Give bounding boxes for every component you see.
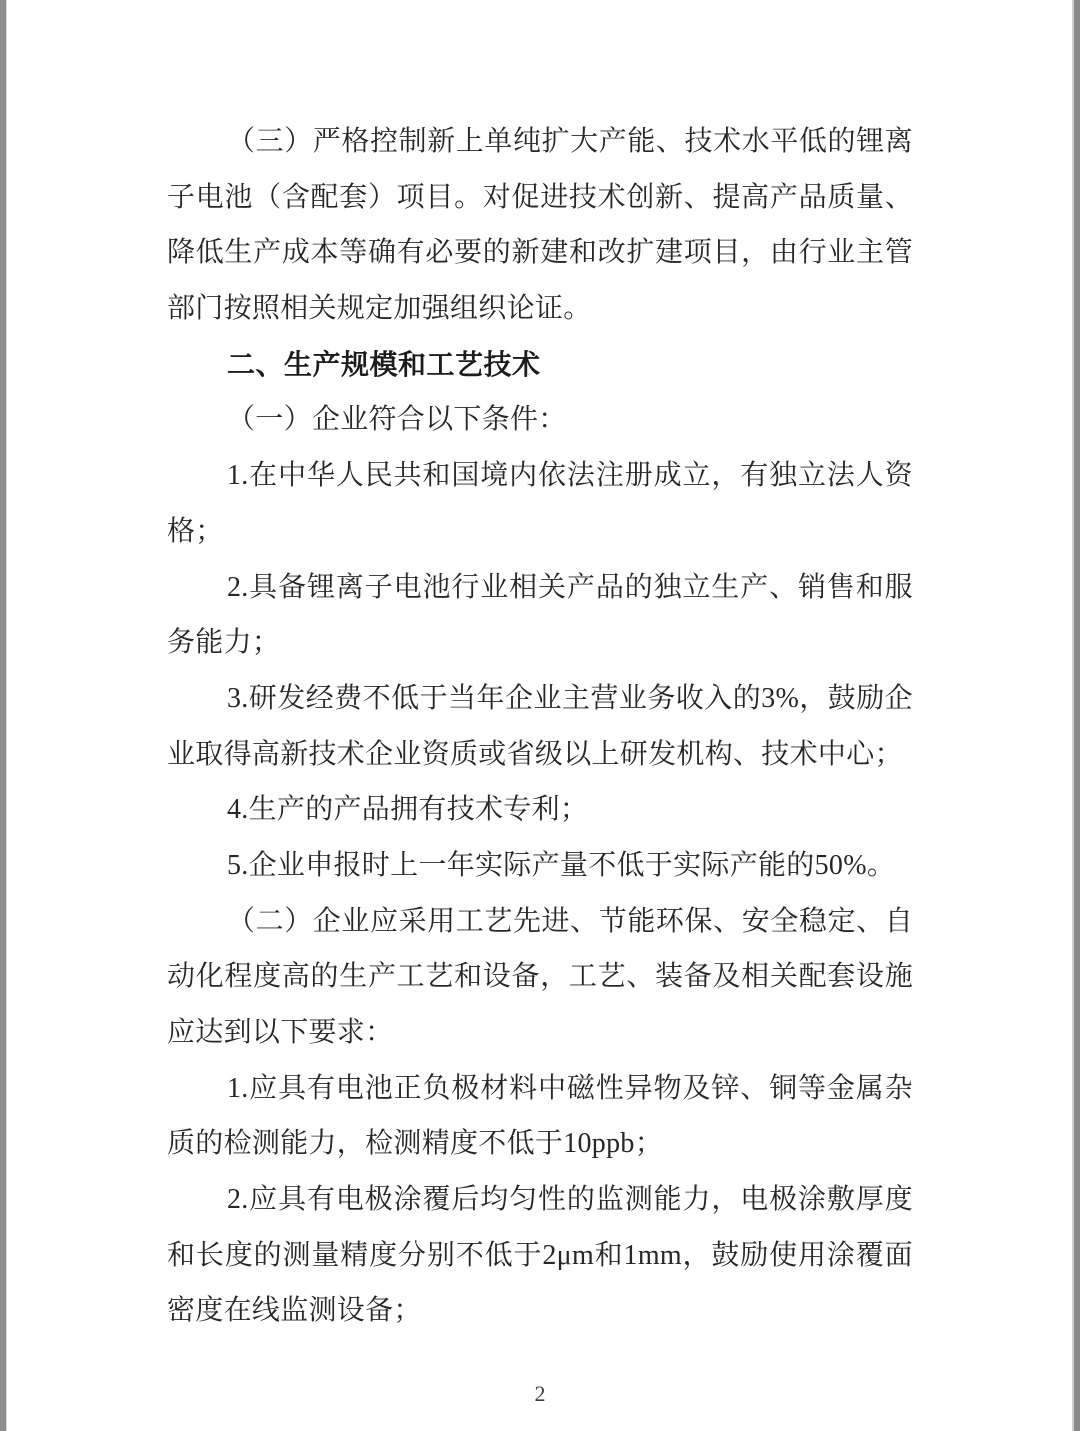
text-line: 部门按照相关规定加强组织论证。	[167, 281, 913, 337]
text-line: 1.在中华人民共和国境内依法注册成立，有独立法人资	[167, 448, 913, 504]
text-line: （一）企业符合以下条件：	[167, 392, 913, 448]
scan-edge-right	[1072, 0, 1080, 1431]
text-line: 和长度的测量精度分别不低于2μm和1mm，鼓励使用涂覆面	[167, 1228, 913, 1284]
text-line: 2.具备锂离子电池行业相关产品的独立生产、销售和服	[167, 560, 913, 616]
page-number: 2	[0, 1381, 1080, 1407]
text-line: （三）严格控制新上单纯扩大产能、技术水平低的锂离	[167, 114, 913, 170]
text-line: 应达到以下要求：	[167, 1005, 913, 1061]
text-line: 3.研发经费不低于当年企业主营业务收入的3%，鼓励企	[167, 671, 913, 727]
text-line: 子电池（含配套）项目。对促进技术创新、提高产品质量、	[167, 170, 913, 226]
text-line: 密度在线监测设备；	[167, 1283, 913, 1339]
text-line: 务能力；	[167, 615, 913, 671]
text-line: 业取得高新技术企业资质或省级以上研发机构、技术中心；	[167, 727, 913, 783]
section-heading: 二、生产规模和工艺技术	[167, 337, 913, 393]
text-line: 降低生产成本等确有必要的新建和改扩建项目，由行业主管	[167, 225, 913, 281]
text-line: 质的检测能力，检测精度不低于10ppb；	[167, 1116, 913, 1172]
text-line: 动化程度高的生产工艺和设备，工艺、装备及相关配套设施	[167, 949, 913, 1005]
text-line: 2.应具有电极涂覆后均匀性的监测能力，电极涂敷厚度	[167, 1172, 913, 1228]
text-line: 1.应具有电池正负极材料中磁性异物及锌、铜等金属杂	[167, 1061, 913, 1117]
text-line: （二）企业应采用工艺先进、节能环保、安全稳定、自	[167, 894, 913, 950]
text-line: 4.生产的产品拥有技术专利；	[167, 782, 913, 838]
scan-edge-left	[0, 0, 7, 1431]
text-line: 格；	[167, 504, 913, 560]
document-body: （三）严格控制新上单纯扩大产能、技术水平低的锂离子电池（含配套）项目。对促进技术…	[167, 114, 913, 1339]
text-line: 5.企业申报时上一年实际产量不低于实际产能的50%。	[167, 838, 913, 894]
